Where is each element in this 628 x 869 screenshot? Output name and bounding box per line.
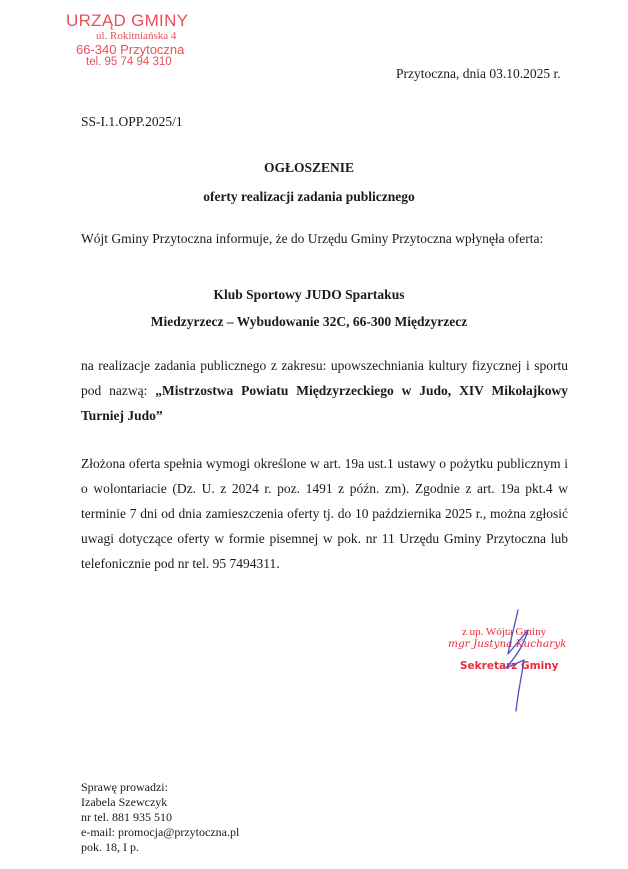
title-subtitle: oferty realizacji zadania publicznego (0, 189, 628, 205)
intro-text: Wójt Gminy Przytoczna informuje, że do U… (81, 231, 543, 247)
applicant-address: Miedzyrzecz – Wybudowanie 32C, 66-300 Mi… (0, 314, 628, 330)
stamp-phone: tel. 95 74 94 310 (86, 57, 210, 69)
contact-email: e-mail: promocja@przytoczna.pl (81, 825, 239, 840)
applicant-name: Klub Sportowy JUDO Spartakus (0, 287, 628, 303)
announcement-title: OGŁOSZENIE oferty realizacji zadania pub… (0, 160, 628, 205)
contact-phone: nr tel. 881 935 510 (81, 810, 239, 825)
place-date: Przytoczna, dnia 03.10.2025 r. (396, 66, 561, 82)
contact-block: Sprawę prowadzi: Izabela Szewczyk nr tel… (81, 780, 239, 855)
task-name: „Mistrzostwa Powiatu Międzyrzeckiego w J… (81, 383, 568, 423)
contact-room: pok. 18, I p. (81, 840, 239, 855)
contact-label: Sprawę prowadzi: (81, 780, 239, 795)
office-stamp: URZĄD GMINY ul. Rokitniańska 4 66-340 Pr… (60, 12, 210, 69)
reference-number: SS-I.1.OPP.2025/1 (81, 114, 183, 130)
signature-block: z up. Wójta Gminy mgr Justyna Kucharyk S… (448, 620, 588, 710)
document-page: URZĄD GMINY ul. Rokitniańska 4 66-340 Pr… (0, 0, 628, 869)
stamp-city: 66-340 Przytoczna (76, 43, 210, 56)
offer-paragraph: Złożona oferta spełnia wymogi określone … (81, 451, 568, 576)
task-paragraph: na realizacje zadania publicznego z zakr… (81, 353, 568, 428)
applicant-block: Klub Sportowy JUDO Spartakus Miedzyrzecz… (0, 287, 628, 330)
stamp-office-name: URZĄD GMINY (66, 12, 210, 29)
contact-name: Izabela Szewczyk (81, 795, 239, 810)
title-main: OGŁOSZENIE (0, 160, 628, 176)
stamp-street: ul. Rokitniańska 4 (96, 31, 210, 42)
handwritten-signature-icon (488, 608, 548, 713)
